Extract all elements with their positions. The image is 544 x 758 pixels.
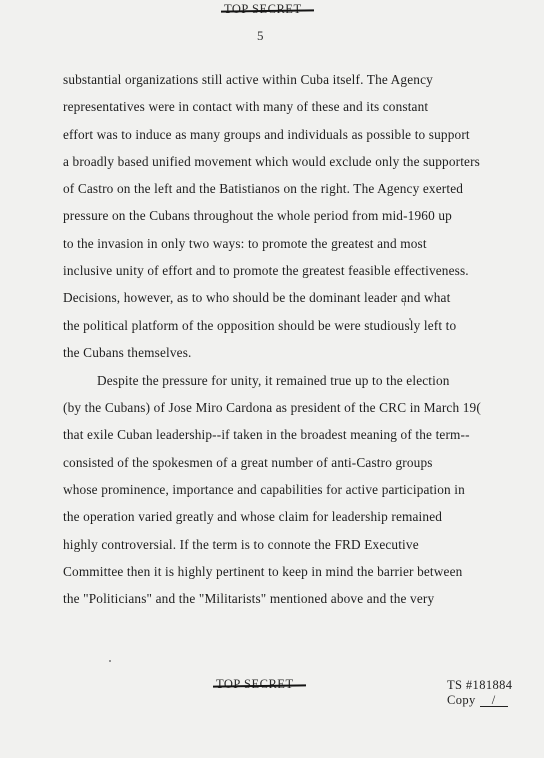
text-line: consisted of the spokesmen of a great nu… (63, 449, 544, 476)
text-line: substantial organizations still active w… (63, 66, 544, 93)
text-line: that exile Cuban leadership--if taken in… (63, 421, 544, 448)
text-line: effort was to induce as many groups and … (63, 121, 544, 148)
scan-speck (404, 302, 405, 306)
text-line: the operation varied greatly and whose c… (63, 503, 544, 530)
text-line: of Castro on the left and the Batistiano… (63, 175, 544, 202)
text-line: the Cubans themselves. (63, 339, 544, 366)
page-number: 5 (257, 28, 264, 44)
text-line: to the invasion in only two ways: to pro… (63, 230, 544, 257)
text-line: the "Politicians" and the "Militarists" … (63, 585, 544, 612)
text-line: inclusive unity of effort and to promote… (63, 257, 544, 284)
copy-number-value: / (480, 694, 508, 707)
text-line: pressure on the Cubans throughout the wh… (63, 202, 544, 229)
scan-speck (409, 318, 411, 320)
top-classification-marking: TOP SECRET (224, 2, 302, 17)
text-line: Committee then it is highly pertinent to… (63, 558, 544, 585)
scan-speck (109, 660, 111, 662)
control-number-block: TS #181884 Copy/ (447, 678, 512, 708)
copy-label: Copy (447, 693, 476, 707)
text-line: highly controversial. If the term is to … (63, 531, 544, 558)
control-number: TS #181884 (447, 678, 512, 693)
text-line: representatives were in contact with man… (63, 93, 544, 120)
text-line: a broadly based unified movement which w… (63, 148, 544, 175)
text-line: whose prominence, importance and capabil… (63, 476, 544, 503)
body-text: substantial organizations still active w… (63, 66, 544, 612)
text-line: Decisions, however, as to who should be … (63, 284, 544, 311)
bottom-classification-marking: TOP SECRET (216, 677, 294, 692)
copy-number-row: Copy/ (447, 693, 512, 708)
text-line: the political platform of the opposition… (63, 312, 544, 339)
document-page: TOP SECRET 5 substantial organizations s… (0, 0, 544, 758)
text-line: (by the Cubans) of Jose Miro Cardona as … (63, 394, 544, 421)
paragraph-start-line: Despite the pressure for unity, it remai… (63, 367, 544, 394)
